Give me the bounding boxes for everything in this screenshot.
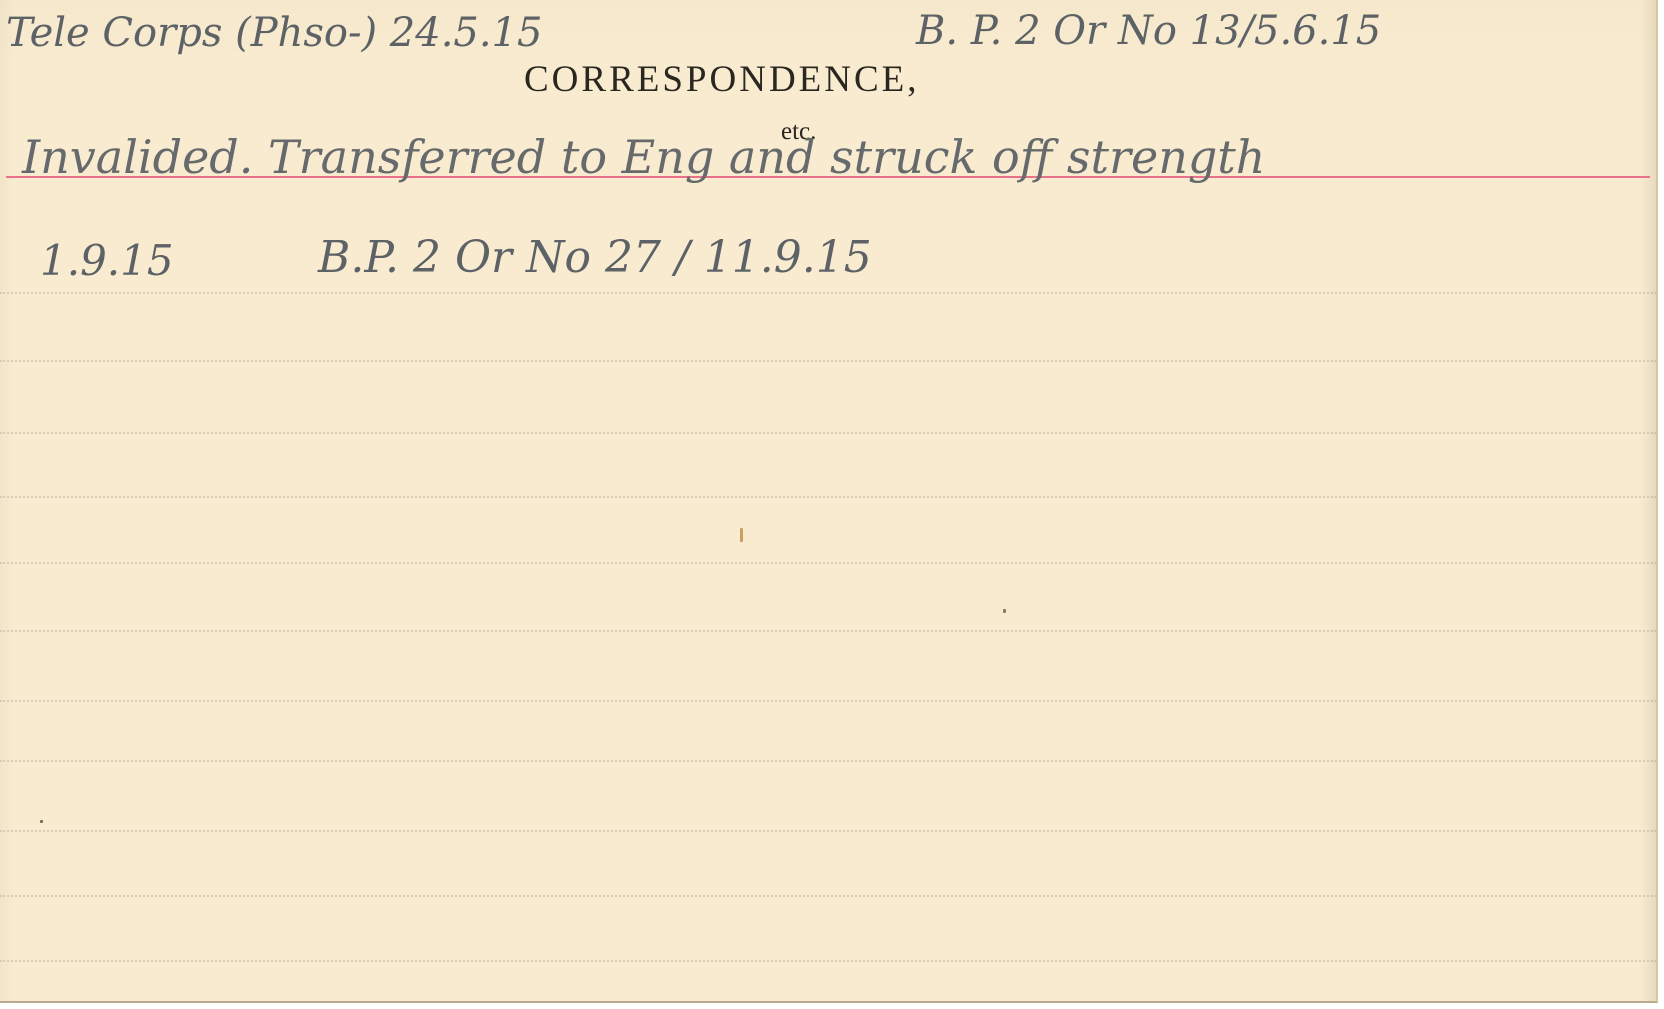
card-heading: CORRESPONDENCE,: [524, 58, 920, 101]
dotted-rule: [0, 700, 1656, 702]
dotted-rule: [0, 895, 1656, 897]
handwritten-entry-invalided: Invalided. Transferred to Eng and struck…: [22, 130, 1265, 184]
dotted-rule: [0, 360, 1656, 362]
dotted-rule: [0, 292, 1656, 294]
dotted-rule: [0, 630, 1656, 632]
dotted-rule: [0, 830, 1656, 832]
dotted-rule: [0, 562, 1656, 564]
record-card: CORRESPONDENCE, etc. Tele Corps (Phso-) …: [0, 0, 1658, 1003]
paper-speck: [1003, 609, 1006, 613]
paper-speck: [40, 820, 43, 823]
handwritten-entry-date: 1.9.15: [40, 236, 174, 285]
handwritten-entry-unit-date: Tele Corps (Phso-) 24.5.15: [6, 10, 542, 56]
handwritten-entry-order-ref-2: B.P. 2 Or No 27 / 11.9.15: [318, 232, 872, 283]
dotted-rule: [0, 432, 1656, 434]
dotted-rule: [0, 960, 1656, 962]
handwritten-entry-order-ref: B. P. 2 Or No 13/5.6.15: [916, 8, 1381, 54]
paper-speck: [740, 528, 743, 542]
dotted-rule: [0, 496, 1656, 498]
dotted-rule: [0, 760, 1656, 762]
